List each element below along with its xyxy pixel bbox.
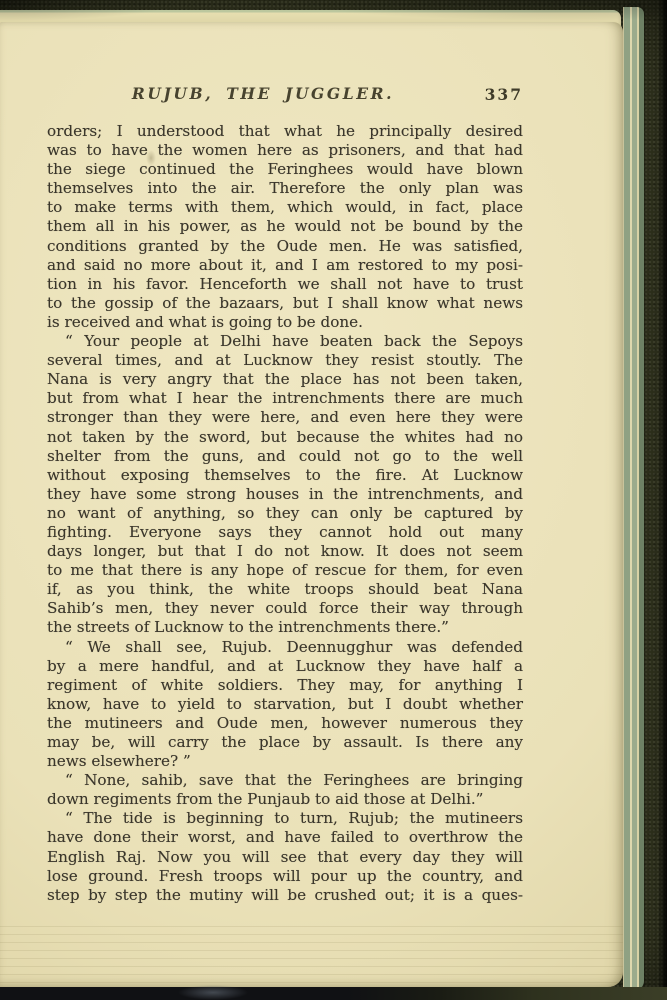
- running-title: RUJUB, THE JUGGLER.: [73, 84, 453, 103]
- text-line: fighting. Everyone says they cannot hold…: [47, 523, 523, 542]
- page-edges-bottom: [0, 919, 623, 987]
- text-line: the mutineers and Oude men, however nume…: [47, 714, 523, 733]
- cover-right-shadow: [658, 0, 667, 1000]
- text-line: tion in his favor. Henceforth we shall n…: [47, 275, 523, 294]
- text-line: know, have to yield to starvation, but I…: [47, 695, 523, 714]
- text-line: English Raj. Now you will see that every…: [47, 848, 523, 867]
- text-line: to the gossip of the bazaars, but I shal…: [47, 294, 523, 313]
- text-line: days longer, but that I do not know. It …: [47, 542, 523, 561]
- text-line: “ None, sahib, save that the Feringhees …: [47, 771, 523, 790]
- text-line: step by step the mutiny will be crushed …: [47, 886, 523, 905]
- text-line: by a mere handful, and at Lucknow they h…: [47, 657, 523, 676]
- page-header: RUJUB, THE JUGGLER. 337: [47, 84, 523, 106]
- text-line: stronger than they were here, and even h…: [47, 408, 523, 427]
- text-line: is received and what is going to be done…: [47, 313, 523, 332]
- text-line: regiment of white soldiers. They may, fo…: [47, 676, 523, 695]
- text-line: “ We shall see, Rujub. Deennugghur was d…: [47, 638, 523, 657]
- text-line: Sahib’s men, they never could force thei…: [47, 599, 523, 618]
- text-line: to me that there is any hope of rescue f…: [47, 561, 523, 580]
- text-line: shelter from the guns, and could not go …: [47, 447, 523, 466]
- book-scan: RUJUB, THE JUGGLER. 337 orders; I unders…: [0, 0, 667, 1000]
- page-edges-right: [623, 7, 644, 990]
- text-line: was to have the women here as prisoners,…: [47, 141, 523, 160]
- text-line: if, as you think, the white troops shoul…: [47, 580, 523, 599]
- text-line: “ Your people at Delhi have beaten back …: [47, 332, 523, 351]
- text-line: they have some strong houses in the intr…: [47, 485, 523, 504]
- text-line: may be, will carry the place by assault.…: [47, 733, 523, 752]
- text-line: without exposing themselves to the fire.…: [47, 466, 523, 485]
- text-line: no want of anything, so they can only be…: [47, 504, 523, 523]
- text-line: but from what I hear the intrenchments t…: [47, 389, 523, 408]
- text-line: not taken by the sword, but because the …: [47, 428, 523, 447]
- text-line: down regiments from the Punjaub to aid t…: [47, 790, 523, 809]
- shadow-blob: [178, 985, 248, 1000]
- text-line: them all in his power, as he would not b…: [47, 217, 523, 236]
- text-line: the streets of Lucknow to the intrenchme…: [47, 618, 523, 637]
- text-line: conditions granted by the Oude men. He w…: [47, 237, 523, 256]
- text-line: to make terms with them, which would, in…: [47, 198, 523, 217]
- text-line: the siege continued the Feringhees would…: [47, 160, 523, 179]
- text-line: Nana is very angry that the place has no…: [47, 370, 523, 389]
- text-line: themselves into the air. Therefore the o…: [47, 179, 523, 198]
- page-text: orders; I understood that what he princi…: [47, 122, 523, 905]
- text-line: and said no more about it, and I am rest…: [47, 256, 523, 275]
- text-line: several times, and at Lucknow they resis…: [47, 351, 523, 370]
- bottom-dark-strip: [0, 987, 667, 1000]
- page-number: 337: [485, 85, 523, 104]
- text-line: have done their worst, and have failed t…: [47, 828, 523, 847]
- text-line: news elsewhere? ”: [47, 752, 523, 771]
- text-line: orders; I understood that what he princi…: [47, 122, 523, 141]
- text-line: lose ground. Fresh troops will pour up t…: [47, 867, 523, 886]
- text-line: “ The tide is beginning to turn, Rujub; …: [47, 809, 523, 828]
